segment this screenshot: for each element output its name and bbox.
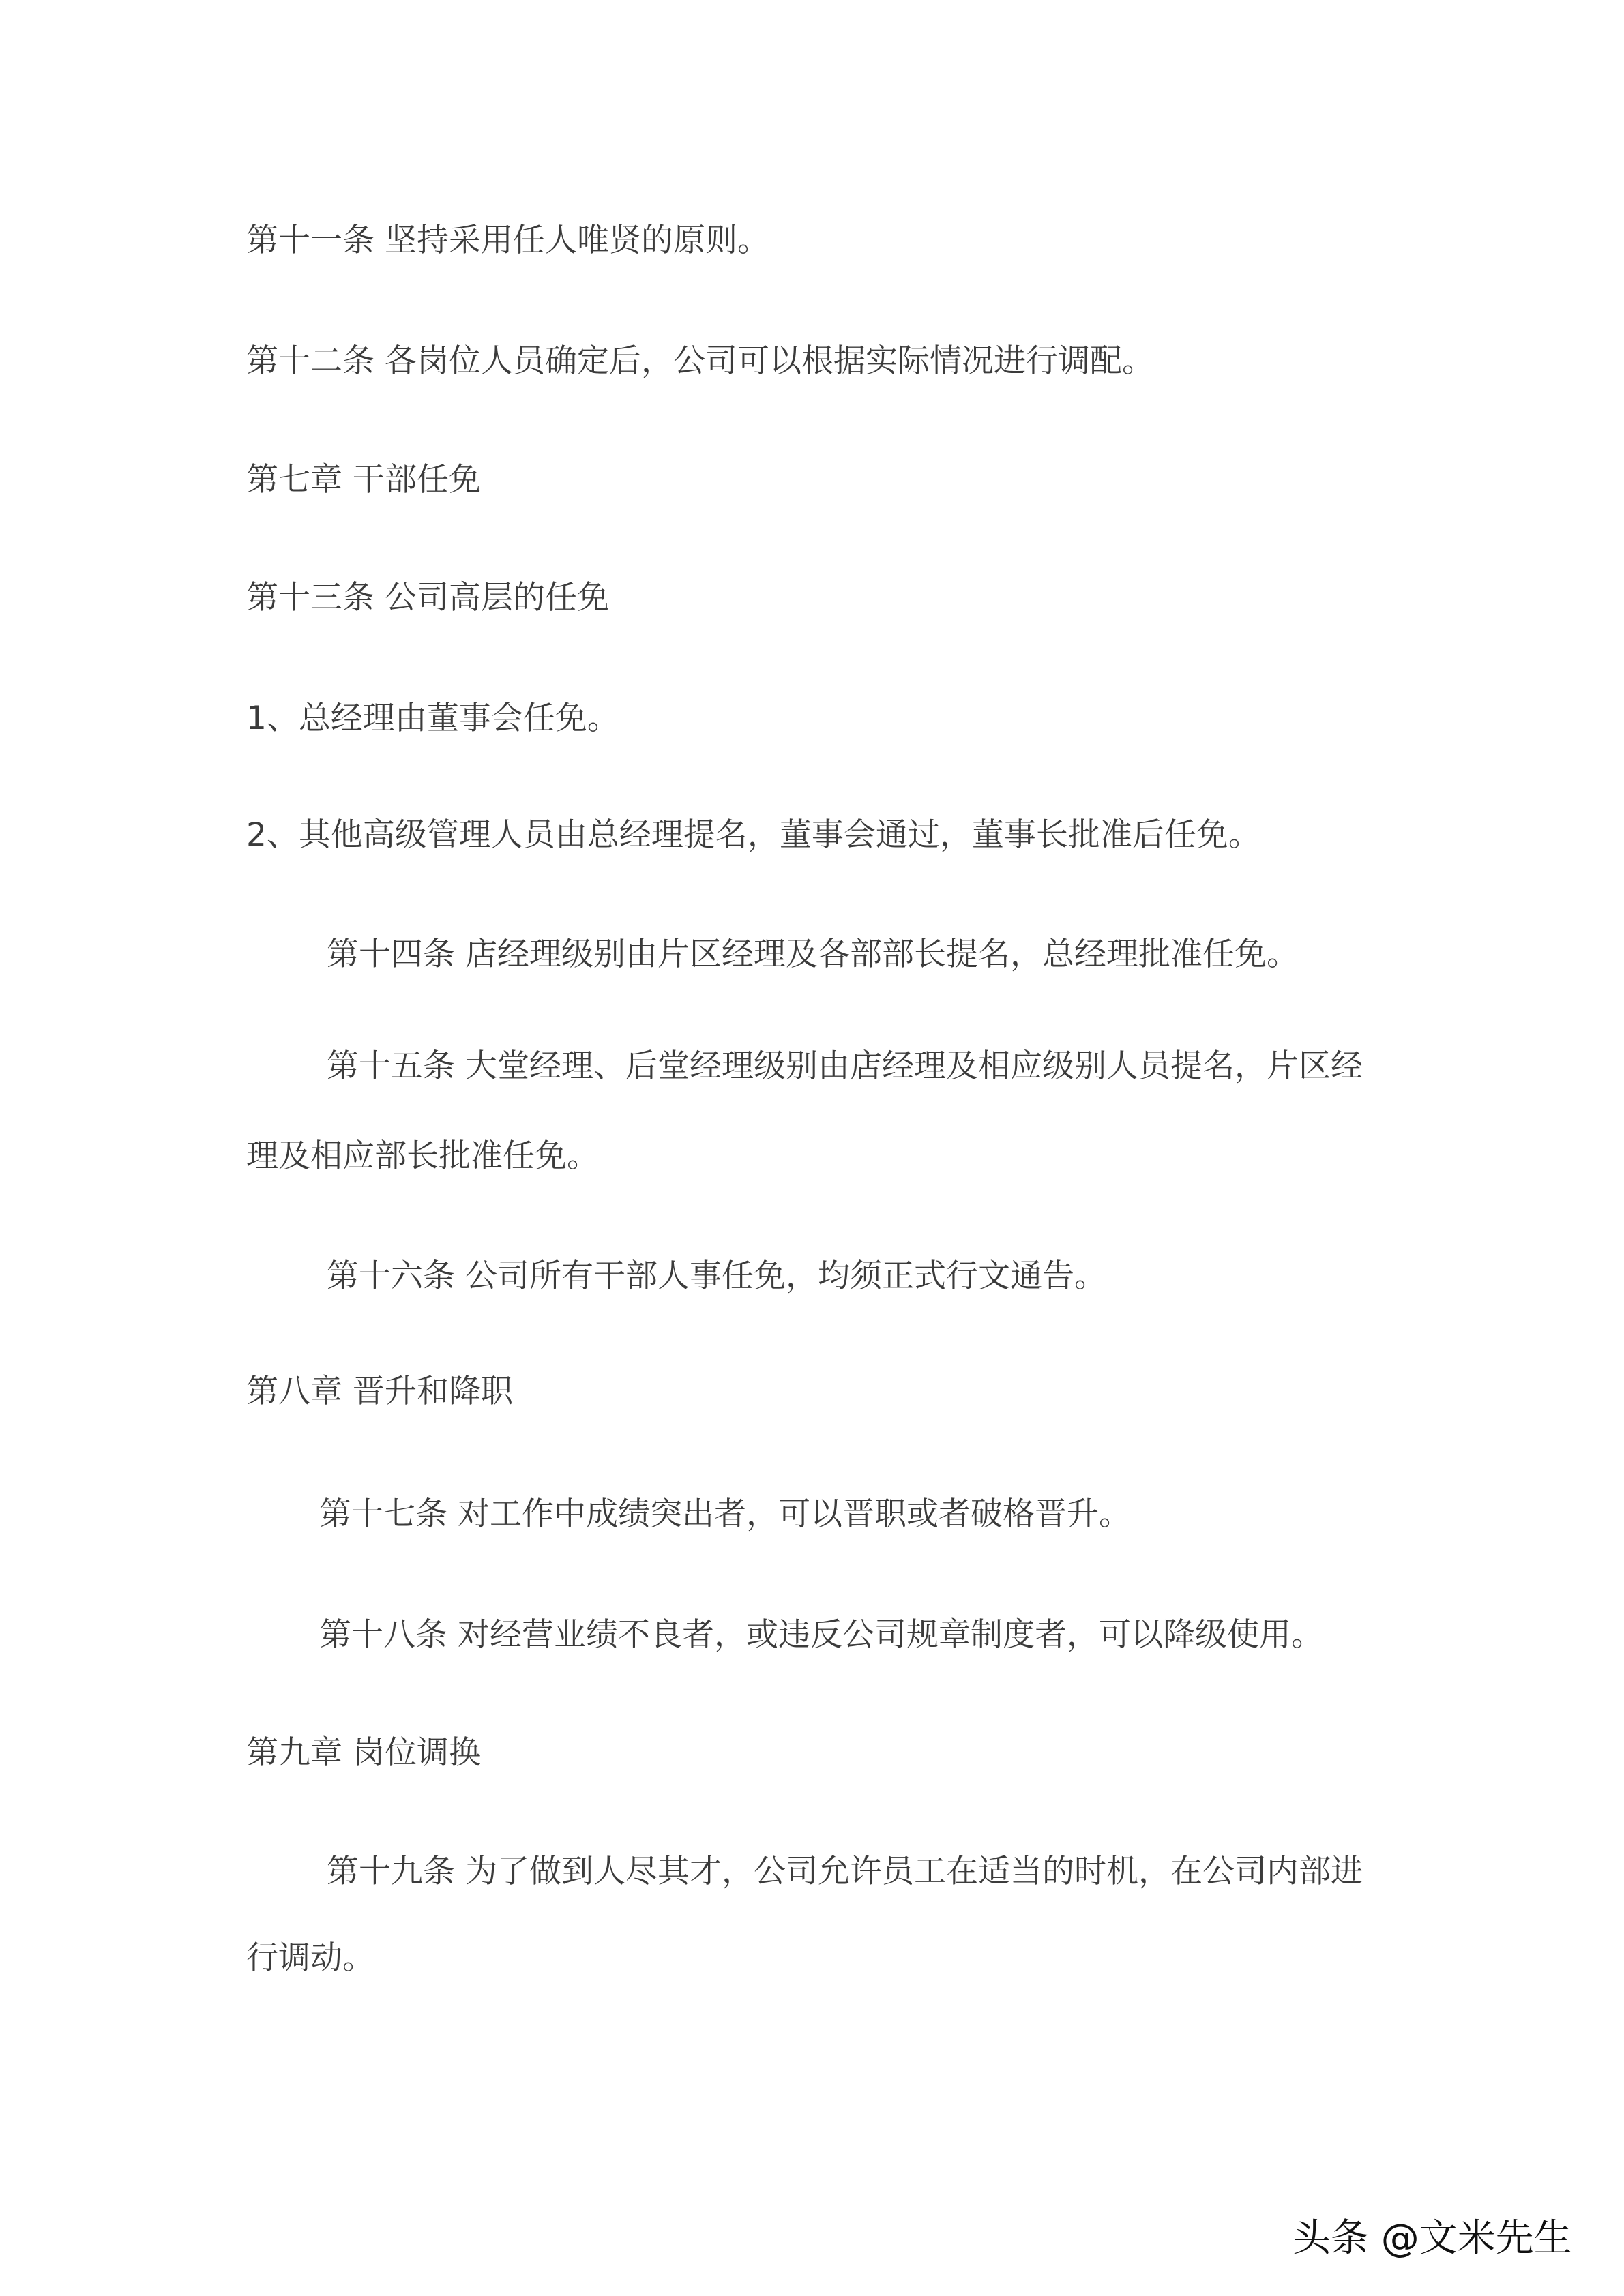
article-15-line-2: 理及相应部长批准任免。 <box>246 1137 599 1176</box>
chapter-9-heading: 第九章 岗位调换 <box>246 1734 481 1772</box>
article-18: 第十八条 对经营业绩不良者，或违反公司规章制度者，可以降级使用。 <box>319 1616 1323 1654</box>
article-16: 第十六条 公司所有干部人事任免，均须正式行文通告。 <box>327 1257 1106 1296</box>
chapter-7-heading: 第七章 干部任免 <box>246 461 481 499</box>
article-11: 第十一条 坚持采用任人唯贤的原则。 <box>246 222 769 260</box>
article-13-item-1: 1、总经理由董事会任免。 <box>246 700 619 738</box>
article-13: 第十三条 公司高层的任免 <box>246 579 609 617</box>
article-19-line-2: 行调动。 <box>246 1939 374 1978</box>
article-13-item-2: 2、其他高级管理人员由总经理提名，董事会通过，董事长批准后任免。 <box>246 816 1260 854</box>
article-17: 第十七条 对工作中成绩突出者，可以晋职或者破格晋升。 <box>319 1495 1131 1534</box>
article-15-line-1: 第十五条 大堂经理、后堂经理级别由店经理及相应级别人员提名，片区经 <box>327 1047 1363 1086</box>
article-14: 第十四条 店经理级别由片区经理及各部部长提名，总经理批准任免。 <box>327 936 1299 974</box>
chapter-8-heading: 第八章 晋升和降职 <box>246 1373 513 1411</box>
watermark: 头条 @文米先生 <box>1293 2216 1572 2261</box>
article-12: 第十二条 各岗位人员确定后，公司可以根据实际情况进行调配。 <box>246 342 1154 381</box>
article-19-line-1: 第十九条 为了做到人尽其才，公司允许员工在适当的时机，在公司内部进 <box>327 1853 1363 1891</box>
